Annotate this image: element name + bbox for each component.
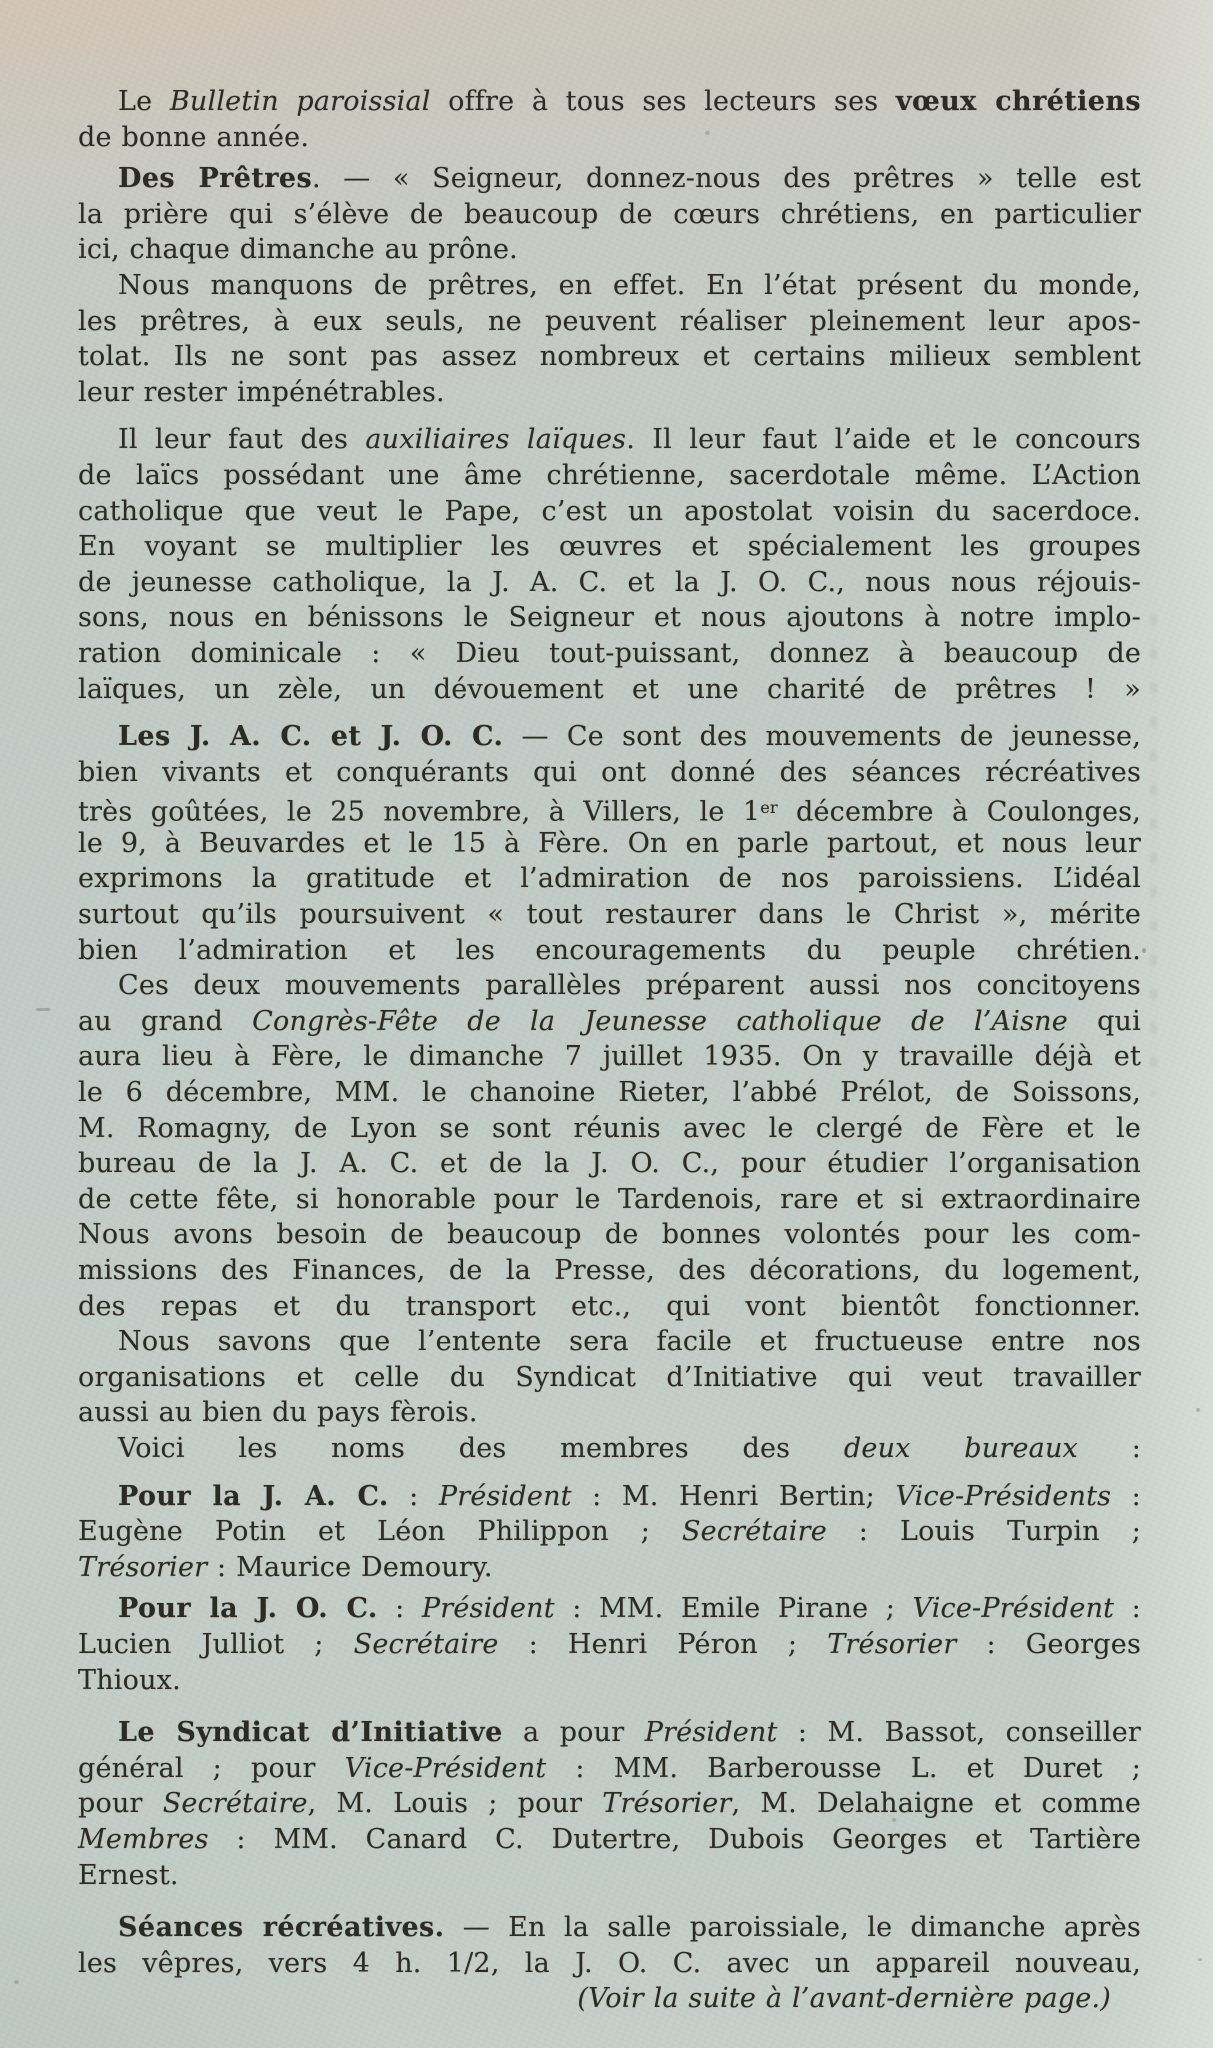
text-run: : (378, 1593, 422, 1624)
text-line: au grand Congrès-Fête de la Jeunesse cat… (78, 1004, 1141, 1040)
scanned-bulletin-page: Le Bulletin paroissial offre à tous ses … (0, 0, 1213, 2048)
text-run: . Il leur faut l’aide et le concours (626, 424, 1141, 455)
italic-text-run: Secrétaire (354, 1629, 499, 1660)
text-run: Lucien Julliot ; (78, 1629, 354, 1660)
italic-text-run: Congrès-Fête de la Jeunesse catholique d… (252, 1006, 1068, 1037)
text-line: Membres : MM. Canard C. Dutertre, Dubois… (78, 1822, 1141, 1858)
paragraph: Nous savons que l’entente sera facile et… (78, 1324, 1141, 1431)
text-run: leur rester impénétrables. (78, 377, 445, 408)
italic-text-run: Vice-Président (345, 1753, 547, 1784)
text-run: Nous manquons de prêtres, en effet. En l… (118, 270, 1141, 301)
italic-text-run: Bulletin paroissial (170, 86, 431, 117)
text-run: de jeunesse catholique, la J. A. C. et l… (78, 567, 1141, 598)
text-run: tolat. Ils ne sont pas assez nombreux et… (78, 341, 1141, 372)
ink-speck (1198, 1958, 1202, 1961)
paragraph: Les J. A. C. et J. O. C. — Ce sont des m… (78, 719, 1141, 968)
text-line: (Voir la suite à l’avant-dernière page.) (78, 1981, 1141, 2017)
paragraph: (Voir la suite à l’avant-dernière page.) (78, 1981, 1141, 2017)
bold-text-run: Pour la J. O. C. (118, 1593, 378, 1624)
text-line: le 9, à Beuvardes et le 15 à Fère. On en… (78, 826, 1141, 862)
text-run: Ces deux mouvements parallèles préparent… (118, 970, 1141, 1001)
text-line: Séances récréatives. — En la salle paroi… (78, 1910, 1141, 1946)
text-line: Ces deux mouvements parallèles préparent… (78, 968, 1141, 1004)
text-line: bien vivants et conquérants qui ont donn… (78, 755, 1141, 791)
text-run: : MM. Barberousse L. et Duret ; (546, 1753, 1141, 1784)
italic-text-run: Secrétaire (682, 1516, 827, 1547)
text-run: les vêpres, vers 4 h. 1/2, la J. O. C. a… (78, 1948, 1141, 1979)
italic-text-run: Président (422, 1593, 555, 1624)
text-line: Lucien Julliot ; Secrétaire : Henri Péro… (78, 1627, 1141, 1663)
text-run: aussi au bien du pays fèrois. (78, 1397, 478, 1428)
text-run: aura lieu à Fère, le dimanche 7 juillet … (78, 1041, 1141, 1072)
ink-speck (1196, 1408, 1200, 1412)
text-run: . — « Seigneur, donnez-nous des prêtres … (312, 163, 1141, 194)
text-line: Nous savons que l’entente sera facile et… (78, 1324, 1141, 1360)
text-line: de cette fête, si honorable pour le Tard… (78, 1182, 1141, 1218)
text-line: En voyant se multiplier les œuvres et sp… (78, 529, 1141, 565)
text-run: : Georges (956, 1629, 1141, 1660)
text-line: Des Prêtres. — « Seigneur, donnez-nous d… (78, 161, 1141, 197)
text-run: Nous avons besoin de beaucoup de bonnes … (78, 1219, 1141, 1250)
text-run: : MM. Emile Pirane ; (555, 1593, 913, 1624)
text-run: les prêtres, à eux seuls, ne peuvent réa… (78, 306, 1141, 337)
text-line: leur rester impénétrables. (78, 375, 1141, 411)
text-line: tolat. Ils ne sont pas assez nombreux et… (78, 339, 1141, 375)
ink-speck (14, 1980, 19, 1984)
text-line: Trésorier : Maurice Demoury. (78, 1550, 1141, 1586)
text-run: : Henri Péron ; (499, 1629, 828, 1660)
text-run: Nous savons que l’entente sera facile et… (118, 1326, 1141, 1357)
paragraph: Des Prêtres. — « Seigneur, donnez-nous d… (78, 161, 1141, 268)
text-run: : M. Henri Bertin; (572, 1481, 896, 1512)
text-run: : Louis Turpin ; (827, 1516, 1141, 1547)
text-run: surtout qu’ils poursuivent « tout restau… (78, 899, 1141, 930)
text-line: catholique que veut le Pape, c’est un ap… (78, 494, 1141, 530)
text-line: aussi au bien du pays fèrois. (78, 1395, 1141, 1431)
text-run: En voyant se multiplier les œuvres et sp… (78, 531, 1141, 562)
text-run: la prière qui s’élève de beaucoup de cœu… (78, 199, 1141, 230)
text-run: catholique que veut le Pape, c’est un ap… (78, 496, 1141, 527)
italic-text-run: Président (439, 1481, 572, 1512)
text-run: : M. Bassot, conseiller (778, 1717, 1141, 1748)
text-line: bureau de la J. A. C. et de la J. O. C.,… (78, 1146, 1141, 1182)
text-line: les vêpres, vers 4 h. 1/2, la J. O. C. a… (78, 1946, 1141, 1982)
italic-text-run: Vice-Présidents (895, 1481, 1111, 1512)
bold-text-run: Le Syndicat d’Initiative (118, 1717, 503, 1748)
paragraph: Nous manquons de prêtres, en effet. En l… (78, 268, 1141, 410)
text-line: M. Romagny, de Lyon se sont réunis avec … (78, 1111, 1141, 1147)
italic-text-run: Membres (78, 1824, 209, 1855)
text-line: exprimons la gratitude et l’admiration d… (78, 861, 1141, 897)
text-line: la prière qui s’élève de beaucoup de cœu… (78, 197, 1141, 233)
text-line: des repas et du transport etc., qui vont… (78, 1289, 1141, 1325)
text-run: pour (78, 1788, 163, 1819)
text-line: Nous avons besoin de beaucoup de bonnes … (78, 1217, 1141, 1253)
text-run: qui (1068, 1006, 1141, 1037)
ink-bleed-streak (1150, 615, 1157, 1095)
text-line: ration dominicale : « Dieu tout-puissant… (78, 636, 1141, 672)
italic-text-run: deux bureaux (844, 1433, 1078, 1464)
text-line: Le Bulletin paroissial offre à tous ses … (78, 84, 1141, 120)
italic-text-run: Trésorier (827, 1629, 956, 1660)
text-run: Il leur faut des (118, 424, 365, 455)
text-line: les prêtres, à eux seuls, ne peuvent réa… (78, 304, 1141, 340)
italic-text-run: Trésorier (602, 1788, 731, 1819)
text-line: de bonne année. (78, 120, 1141, 156)
italic-text-run: auxiliaires laïques (365, 424, 626, 455)
text-run: Thioux. (78, 1665, 181, 1696)
italic-text-run: Vice-Président (912, 1593, 1114, 1624)
text-run: ration dominicale : « Dieu tout-puissant… (78, 638, 1141, 669)
text-line: Eugène Potin et Léon Philippon ; Secréta… (78, 1514, 1141, 1550)
text-line: organisations et celle du Syndicat d’Ini… (78, 1360, 1141, 1396)
ink-speck (1142, 948, 1146, 953)
text-run: : (1114, 1593, 1141, 1624)
bold-text-run: Des Prêtres (118, 163, 312, 194)
text-run: de cette fête, si honorable pour le Tard… (78, 1184, 1141, 1215)
paragraph: Pour la J. O. C. : Président : MM. Emile… (78, 1591, 1141, 1698)
paragraph: Le Bulletin paroissial offre à tous ses … (78, 84, 1141, 155)
text-line: de laïcs possédant une âme chrétienne, s… (78, 458, 1141, 494)
text-run: , M. Delahaigne et comme (732, 1788, 1142, 1819)
bold-text-run: vœux chrétiens (896, 86, 1141, 117)
text-run: au grand (78, 1006, 252, 1037)
text-line: Nous manquons de prêtres, en effet. En l… (78, 268, 1141, 304)
text-line: laïques, un zèle, un dévouement et une c… (78, 672, 1141, 708)
text-line: Le Syndicat d’Initiative a pour Présiden… (78, 1715, 1141, 1751)
text-run: : (1078, 1433, 1141, 1464)
text-line: aura lieu à Fère, le dimanche 7 juillet … (78, 1039, 1141, 1075)
text-run: Voici les noms des membres des (118, 1433, 844, 1464)
text-run: exprimons la gratitude et l’admiration d… (78, 863, 1141, 894)
paragraph: Pour la J. A. C. : Président : M. Henri … (78, 1479, 1141, 1586)
text-run: — Ce sont des mouvements de jeunesse, (503, 721, 1141, 752)
text-run: a pour (503, 1717, 645, 1748)
paragraph: Ces deux mouvements parallèles préparent… (78, 968, 1141, 1324)
text-run: M. Romagny, de Lyon se sont réunis avec … (78, 1113, 1141, 1144)
paragraph: Séances récréatives. — En la salle paroi… (78, 1910, 1141, 1981)
text-run: : MM. Canard C. Dutertre, Dubois Georges… (209, 1824, 1141, 1855)
italic-text-run: Trésorier (78, 1552, 207, 1583)
italic-text-run: (Voir la suite à l’avant-dernière page.) (577, 1983, 1111, 2014)
text-line: ici, chaque dimanche au prône. (78, 232, 1141, 268)
superscript-text-run: er (760, 798, 777, 817)
text-run: le 6 décembre, MM. le chanoine Rieter, l… (78, 1077, 1141, 1108)
text-line: Les J. A. C. et J. O. C. — Ce sont des m… (78, 719, 1141, 755)
text-line: général ; pour Vice-Président : MM. Barb… (78, 1751, 1141, 1787)
text-run: sons, nous en bénissons le Seigneur et n… (78, 602, 1141, 633)
text-line: Ernest. (78, 1858, 1141, 1894)
text-line: Thioux. (78, 1663, 1141, 1699)
text-run: organisations et celle du Syndicat d’Ini… (78, 1362, 1141, 1393)
paragraph: Le Syndicat d’Initiative a pour Présiden… (78, 1715, 1141, 1893)
text-run: bien vivants et conquérants qui ont donn… (78, 757, 1141, 788)
text-run: décembre à Coulonges, (778, 797, 1141, 828)
bold-text-run: Séances récréatives. (118, 1912, 444, 1943)
text-line: Voici les noms des membres des deux bure… (78, 1431, 1141, 1467)
bold-text-run: Les J. A. C. et J. O. C. (118, 721, 503, 752)
text-run: Ernest. (78, 1860, 179, 1891)
text-run: de laïcs possédant une âme chrétienne, s… (78, 460, 1141, 491)
text-run: le 9, à Beuvardes et le 15 à Fère. On en… (78, 828, 1141, 859)
text-run: très goûtées, le 25 novembre, à Villers,… (78, 797, 760, 828)
text-line: sons, nous en bénissons le Seigneur et n… (78, 600, 1141, 636)
text-line: de jeunesse catholique, la J. A. C. et l… (78, 565, 1141, 601)
text-run: : (1111, 1481, 1141, 1512)
text-line: missions des Finances, de la Presse, des… (78, 1253, 1141, 1289)
text-line: Pour la J. O. C. : Président : MM. Emile… (78, 1591, 1141, 1627)
text-line: bien l’admiration et les encouragements … (78, 933, 1141, 969)
text-line: Pour la J. A. C. : Président : M. Henri … (78, 1479, 1141, 1515)
text-run: laïques, un zèle, un dévouement et une c… (78, 674, 1141, 705)
text-run: des repas et du transport etc., qui vont… (78, 1291, 1141, 1322)
paragraph: Voici les noms des membres des deux bure… (78, 1431, 1141, 1467)
italic-text-run: Président (645, 1717, 778, 1748)
text-run: — En la salle paroissiale, le dimanche a… (444, 1912, 1141, 1943)
text-run: bien l’admiration et les encouragements … (78, 935, 1141, 966)
text-run: de bonne année. (78, 122, 309, 153)
text-line: surtout qu’ils poursuivent « tout restau… (78, 897, 1141, 933)
text-line: Il leur faut des auxiliaires laïques. Il… (78, 422, 1141, 458)
italic-text-run: Secrétaire (163, 1788, 308, 1819)
text-run: offre à tous ses lecteurs ses (431, 86, 896, 117)
text-line: très goûtées, le 25 novembre, à Villers,… (78, 790, 1141, 826)
text-run: : (389, 1481, 439, 1512)
bold-text-run: Pour la J. A. C. (118, 1481, 389, 1512)
text-run: missions des Finances, de la Presse, des… (78, 1255, 1141, 1286)
text-run: général ; pour (78, 1753, 345, 1784)
ink-speck (36, 1008, 50, 1011)
text-run: Eugène Potin et Léon Philippon ; (78, 1516, 682, 1547)
text-run: , M. Louis ; pour (308, 1788, 603, 1819)
text-line: pour Secrétaire, M. Louis ; pour Trésori… (78, 1786, 1141, 1822)
text-run: : Maurice Demoury. (207, 1552, 492, 1583)
paragraph: Il leur faut des auxiliaires laïques. Il… (78, 422, 1141, 707)
document-text: Le Bulletin paroissial offre à tous ses … (78, 84, 1141, 2017)
text-run: Le (118, 86, 170, 117)
text-run: ici, chaque dimanche au prône. (78, 234, 518, 265)
text-line: le 6 décembre, MM. le chanoine Rieter, l… (78, 1075, 1141, 1111)
text-run: bureau de la J. A. C. et de la J. O. C.,… (78, 1148, 1141, 1179)
